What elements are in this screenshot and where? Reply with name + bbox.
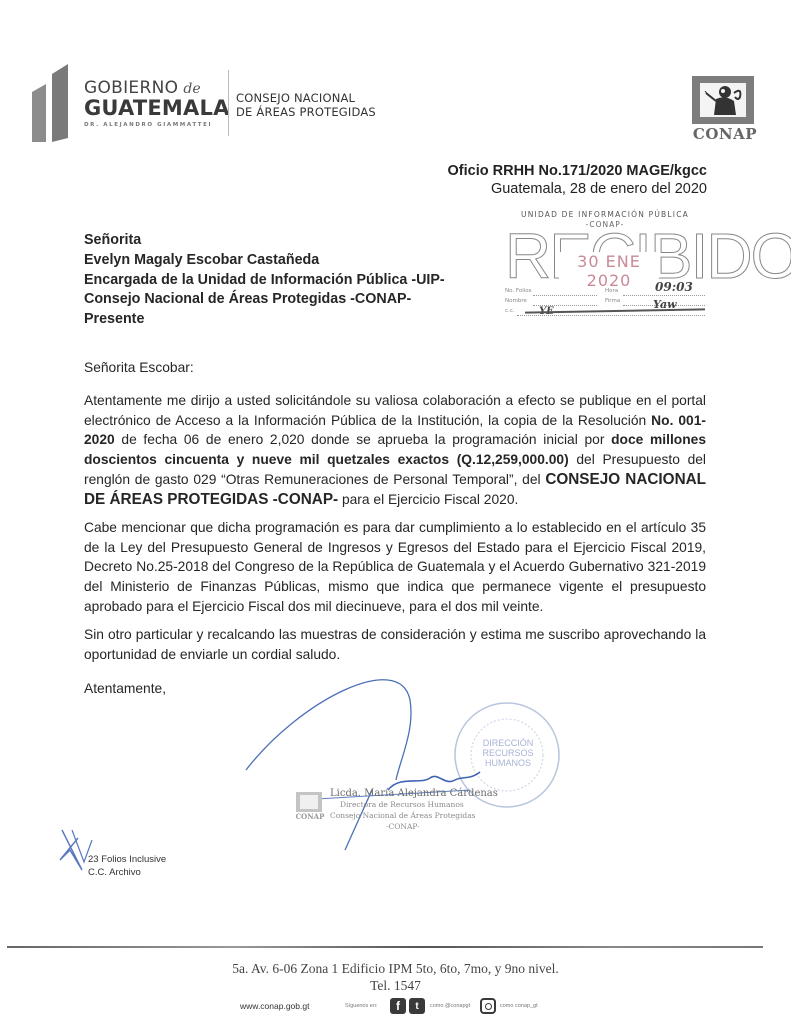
footer-tel: Tel. 1547 [0,977,791,994]
conap-logo-text: CONAP [686,125,764,143]
facebook-icon[interactable]: f [390,998,406,1014]
signatory-name: Licda. María Alejandra Cárdenas [330,788,498,799]
president-name: DR. ALEJANDRO GIAMMATTEI [84,123,230,129]
footer-divider [7,946,763,948]
stamp-label-hora: Hora [605,288,618,294]
paragraph-2: Cabe mencionar que dicha programación es… [84,518,706,617]
footer-address-line: 5a. Av. 6-06 Zona 1 Edificio IPM 5to, 6t… [0,960,791,977]
folios-count: 23 Folios Inclusive [88,853,166,866]
stamp-label-cc: c.c. [505,308,515,314]
monkey-icon [700,83,746,117]
salutation: Señorita Escobar: [84,358,706,378]
twitter-icon[interactable]: t [409,998,425,1014]
seal-line-2: RECURSOS [474,748,542,758]
de-word: de [183,81,200,97]
footer-website-link[interactable]: www.conap.gob.gt [240,1001,309,1011]
closing: Atentamente, [84,679,706,699]
addressee-presente: Presente [84,310,445,330]
seal-line-1: DIRECCIÓN [474,738,542,748]
stamp-label-firma: Firma [605,298,620,304]
institution-line-2: DE ÁREAS PROTEGIDAS [236,105,376,119]
stamp-label-nombre: Nombre [505,298,527,304]
oficio-number: Oficio RRHH No.171/2020 MAGE/kgcc [448,163,707,179]
footer-follow-label: Síguenos en: [345,1003,377,1009]
addressee-title: Señorita [84,231,445,251]
instagram-icon[interactable] [480,998,496,1014]
addressee-position: Encargada de la Unidad de Información Pú… [84,271,445,291]
addressee-block: Señorita Evelyn Magaly Escobar Castañeda… [84,231,445,330]
received-stamp: UNIDAD DE INFORMACIÓN PÚBLICA -CONAP- RE… [505,210,705,320]
guatemala-word: GUATEMALA [84,98,230,119]
footer-address: 5a. Av. 6-06 Zona 1 Edificio IPM 5to, 6t… [0,960,791,994]
paragraph-3: Sin otro particular y recalcando las mue… [84,625,706,664]
gobierno-word: GOBIERNO [84,78,178,98]
stamp-title: UNIDAD DE INFORMACIÓN PÚBLICA [505,210,705,219]
instagram-handle: como conap_gt [500,1003,538,1009]
signatory-institution: Consejo Nacional de Áreas Protegidas [330,810,498,821]
signature-conap-logo: CONAP [292,792,328,822]
header-divider [228,70,229,136]
institution-name: CONSEJO NACIONAL DE ÁREAS PROTEGIDAS [236,91,376,119]
addressee-institution: Consejo Nacional de Áreas Protegidas -CO… [84,290,445,310]
folios-note: 23 Folios Inclusive C.C. Archivo [88,853,166,879]
cc-archivo: C.C. Archivo [88,866,166,879]
conap-logo-frame [692,76,754,124]
institution-line-1: CONSEJO NACIONAL [236,91,376,105]
paragraph-1: Atentamente me dirijo a usted solicitánd… [84,391,706,509]
stamp-label-folios: No. Folios [505,288,532,294]
addressee-name: Evelyn Magaly Escobar Castañeda [84,251,445,271]
letter-date: Guatemala, 28 de enero del 2020 [491,181,707,197]
conap-logo: CONAP [686,76,764,146]
twitter-handle: como @conapgt [430,1003,470,1009]
signatory-role: Directora de Recursos Humanos [330,799,498,810]
seal-line-3: HUMANOS [474,758,542,768]
stamp-date: 30 ENE 2020 [559,252,659,290]
signature-block: Licda. María Alejandra Cárdenas Director… [330,788,498,832]
government-logo-text: GOBIERNO de GUATEMALA DR. ALEJANDRO GIAM… [84,80,230,129]
stamp-hora-value: 09:03 [655,280,693,294]
government-emblem-icon [28,62,76,142]
signatory-acronym: -CONAP- [330,821,498,832]
